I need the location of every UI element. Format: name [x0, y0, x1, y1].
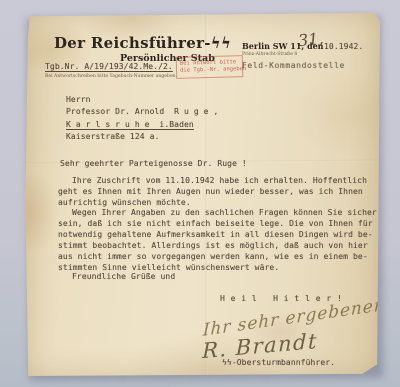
recipient-street: Kaiserstraße 124 a.: [66, 132, 159, 141]
closing-line: Freundliche Grüße und: [72, 272, 175, 281]
body-line: stimmt beobachtet. Allerdings ist es mög…: [58, 240, 377, 251]
paragraph-2: Wegen Ihrer Angaben zu den sachlichen Fr…: [58, 207, 377, 273]
diary-number-line: Tgb.Nr. A/19/193/42.Me./2.: [45, 62, 173, 71]
body-line: aus nicht immer so vorgegangen werden ka…: [58, 251, 377, 262]
reference-stamp: Bei Antwort bitte die Tgb.-Nr. angeben: [176, 55, 244, 79]
salutation: Sehr geehrter Parteigenosse Dr. Ruge !: [60, 159, 247, 168]
heil-line: H e i l H i t l e r !: [220, 294, 342, 303]
photo-of-letter: Der Reichsführer-ϟϟ Persönlicher Stab Tg…: [0, 0, 400, 387]
street-printed: Prinz-Albrecht-Straße 8: [242, 52, 297, 57]
body-line: Ihre Zuschrift vom 11.10.1942 habe ich e…: [58, 175, 367, 186]
date-typed: 10.1942.: [324, 42, 363, 51]
paragraph-1: Ihre Zuschrift vom 11.10.1942 habe ich e…: [58, 175, 367, 208]
letterhead-org-name: Der Reichsführer-ϟϟ: [54, 34, 231, 52]
body-line: Wegen Ihrer Angaben zu den sachlichen Fr…: [58, 207, 377, 218]
recipient-honorific: Herrn: [66, 95, 91, 104]
recipient-city: K a r l s r u h e i.Baden: [66, 120, 194, 129]
body-line: geht es Ihnen mit Ihren Augen nun wieder…: [58, 186, 367, 197]
date-day-handwritten: 31,: [297, 29, 324, 51]
diary-number-note: Bei Antwortschreiben bitte Tagebuch-Numm…: [45, 74, 177, 79]
body-line: notwendig gehaltene Aufmerksamkeit in al…: [58, 229, 377, 240]
body-line: sein, daß ich sie nicht einfach beiseite…: [58, 218, 377, 229]
reference-stamp-line2: die Tgb.-Nr. angeben: [180, 67, 240, 76]
field-office-line: Feld-Kommandostelle: [242, 61, 345, 70]
letter-document: Der Reichsführer-ϟϟ Persönlicher Stab Tg…: [24, 13, 380, 376]
signature-rank-typed: ϟϟ-Obersturmbannführer.: [222, 358, 335, 367]
recipient-name: Professor Dr. Arnold R u g e ,: [66, 107, 218, 116]
